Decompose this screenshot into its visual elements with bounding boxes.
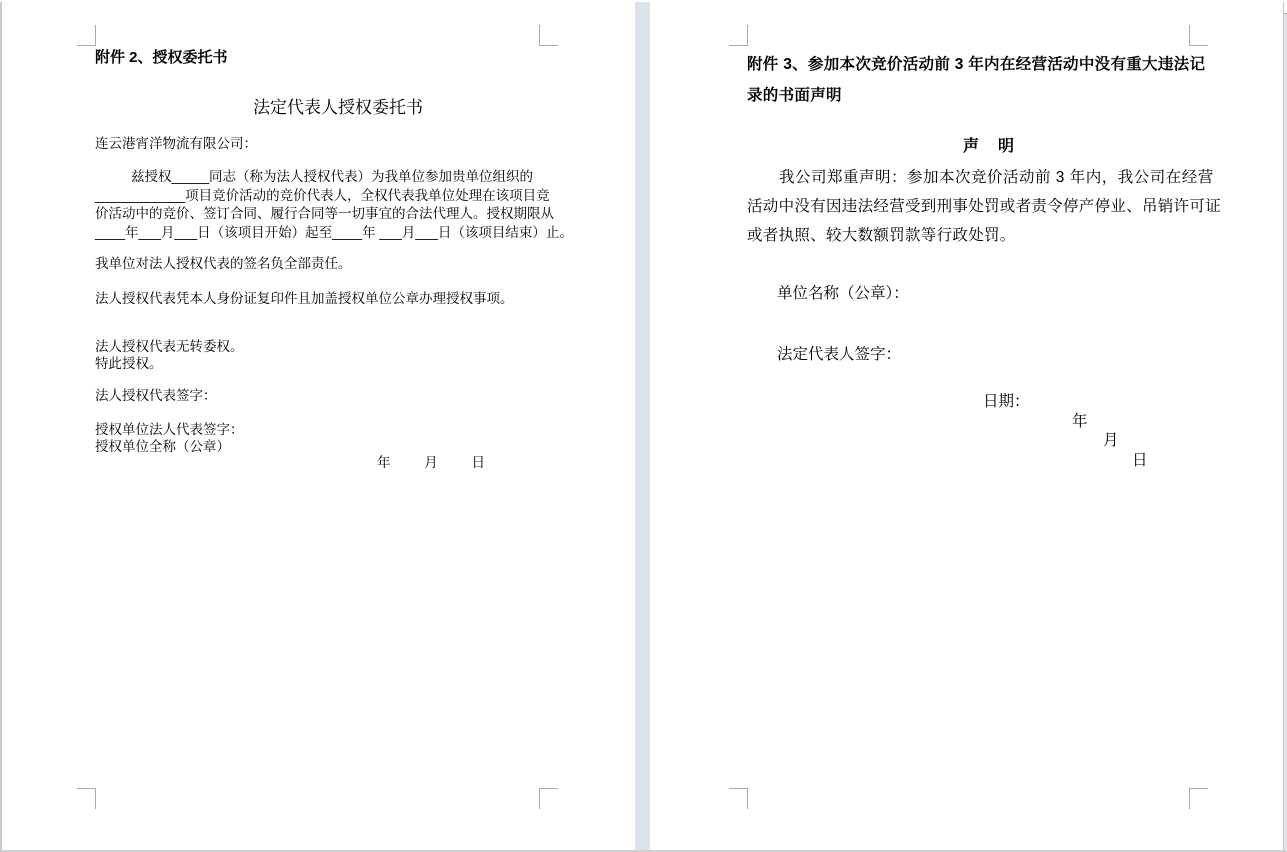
page-2[interactable]: 附件 3、参加本次竞价活动前 3 年内在经营活动中没有重大违法记 录的书面声明 … bbox=[650, 0, 1283, 852]
attachment-heading: 附件 2、授权委托书 bbox=[95, 49, 228, 68]
authorization-paragraph-line-1: 兹授权_____同志（称为法人授权代表）为我单位参加贵单位组织的 bbox=[131, 169, 533, 186]
doc-title: 法定代表人授权委托书 bbox=[253, 97, 423, 118]
authorization-paragraph-line-3: 价活动中的竞价、签订合同、履行合同等一切事宜的合法代理人。授权期限从 bbox=[95, 206, 554, 223]
document-view: { "colors": { "page": "#ffffff", "gap": … bbox=[0, 0, 1287, 852]
authorization-paragraph-line-4: ____年___月___日（该项目开始）起至____年 ___月___日（该项目… bbox=[95, 225, 573, 242]
text-boundary-mark-top-right bbox=[539, 25, 558, 46]
month-label: 月 bbox=[1103, 431, 1119, 450]
rep-signature-label: 法人授权代表签字： bbox=[95, 388, 217, 405]
unit-name-label: 授权单位全称（公章） bbox=[95, 439, 230, 456]
day-label: 日 bbox=[472, 455, 486, 472]
declaration-body-line-3: 或者执照、较大数额罚款等行政处罚。 bbox=[747, 226, 1016, 245]
declaration-body-line-2: 活动中没有因违法经营受到刑事处罚或者责令停产停业、吊销许可证 bbox=[747, 197, 1221, 216]
no-transfer-clause: 法人授权代表无转委权。 bbox=[95, 339, 244, 356]
responsibility-clause: 我单位对法人授权代表的签名负全部责任。 bbox=[95, 256, 352, 273]
window-left-edge bbox=[0, 2, 2, 852]
text-boundary-mark-top-left bbox=[77, 25, 96, 46]
text-boundary-mark-bottom-right bbox=[539, 788, 558, 809]
id-card-clause: 法人授权代表凭本人身份证复印件且加盖授权单位公章办理授权事项。 bbox=[95, 291, 514, 308]
authorization-paragraph-line-2: ____________项目竞价活动的竞价代表人，全权代表我单位处理在该项目竞 bbox=[95, 188, 550, 205]
text-boundary-mark-bottom-left bbox=[77, 788, 96, 809]
date-line: 日期： 年 月 日 bbox=[983, 373, 1153, 489]
declaration-body-line-1: 我公司郑重声明：参加本次竞价活动前 3 年内，我公司在经营 bbox=[779, 168, 1214, 187]
year-label: 年 bbox=[1072, 412, 1088, 431]
date-label: 日期： bbox=[983, 392, 1030, 411]
text-boundary-mark-top-right bbox=[1189, 25, 1208, 46]
month-label: 月 bbox=[424, 455, 438, 472]
text-boundary-mark-bottom-right bbox=[1189, 788, 1208, 809]
declaration-title-char-1: 声 bbox=[963, 137, 979, 157]
declaration-title: 声 明 bbox=[963, 137, 1014, 157]
page-gap bbox=[635, 2, 650, 852]
unit-name-label: 单位名称（公章）： bbox=[777, 284, 909, 303]
date-line: 年 月 日 bbox=[377, 455, 485, 472]
attachment-heading-line-1: 附件 3、参加本次竞价活动前 3 年内在经营活动中没有重大违法记 bbox=[747, 55, 1205, 74]
hereby-clause: 特此授权。 bbox=[95, 356, 163, 373]
year-label: 年 bbox=[377, 455, 391, 472]
rep-signature-label: 法定代表人签字： bbox=[777, 345, 901, 364]
page-1[interactable]: 附件 2、授权委托书 法定代表人授权委托书 连云港宵洋物流有限公司： 兹授权__… bbox=[0, 0, 635, 852]
day-label: 日 bbox=[1132, 451, 1148, 470]
scrollbar-track[interactable] bbox=[1283, 2, 1287, 852]
unit-rep-signature-label: 授权单位法人代表签字： bbox=[95, 422, 244, 439]
text-boundary-mark-bottom-left bbox=[729, 788, 748, 809]
attachment-heading-line-2: 录的书面声明 bbox=[747, 86, 842, 105]
salutation: 连云港宵洋物流有限公司： bbox=[95, 136, 257, 153]
text-boundary-mark-top-left bbox=[729, 25, 748, 46]
declaration-title-char-2: 明 bbox=[998, 137, 1014, 157]
